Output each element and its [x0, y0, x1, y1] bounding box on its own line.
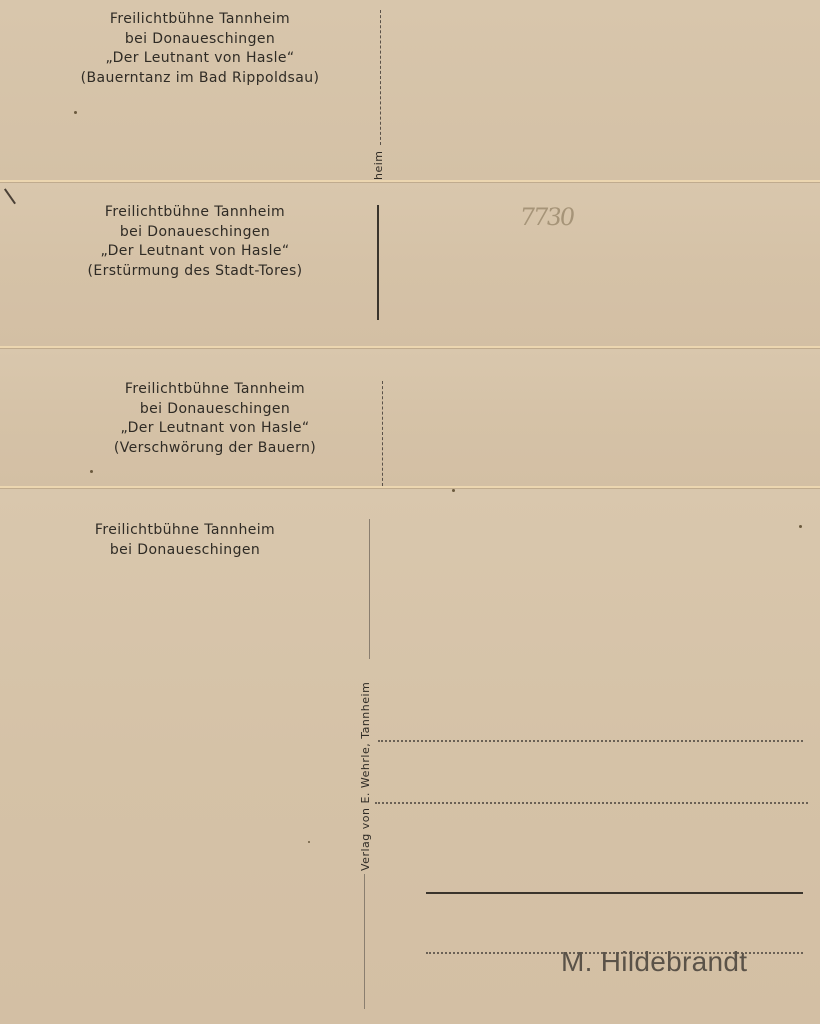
- divider-line: [377, 205, 379, 320]
- caption-line: bei Donaueschingen: [60, 541, 310, 561]
- caption-line: bei Donaueschingen: [55, 30, 345, 50]
- caption-line: (Erstürmung des Stadt-Tores): [50, 262, 340, 282]
- scratch-mark: [4, 188, 16, 204]
- divider-line: [382, 381, 383, 486]
- speck: [74, 111, 77, 114]
- caption-line: Freilichtbühne Tannheim: [70, 380, 360, 400]
- speck: [799, 525, 802, 528]
- postcard-4: Freilichtbühne Tannheim bei Donauesching…: [0, 489, 820, 1024]
- caption-line: Freilichtbühne Tannheim: [60, 521, 310, 541]
- caption-line: Freilichtbühne Tannheim: [55, 10, 345, 30]
- divider-line: [369, 519, 370, 659]
- caption-line: bei Donaueschingen: [70, 400, 360, 420]
- postcard-3: Freilichtbühne Tannheim bei Donauesching…: [0, 349, 820, 488]
- card-caption: Freilichtbühne Tannheim bei Donauesching…: [50, 203, 340, 281]
- caption-line: „Der Leutnant von Hasle“: [50, 242, 340, 262]
- caption-line: „Der Leutnant von Hasle“: [55, 49, 345, 69]
- speck: [90, 470, 93, 473]
- caption-line: Freilichtbühne Tannheim: [50, 203, 340, 223]
- address-line: [378, 740, 803, 742]
- postcard-1: Freilichtbühne Tannheim bei Donauesching…: [0, 0, 820, 182]
- postcard-2: Freilichtbühne Tannheim bei Donauesching…: [0, 183, 820, 348]
- card-caption: Freilichtbühne Tannheim bei Donauesching…: [70, 380, 360, 458]
- publisher-imprint: Verlag von E. Wehrle, Tannheim: [359, 682, 372, 871]
- pencil-note: 7730: [518, 203, 575, 231]
- caption-line: (Bauerntanz im Bad Rippoldsau): [55, 69, 345, 89]
- speck: [308, 841, 310, 843]
- card-caption: Freilichtbühne Tannheim bei Donauesching…: [60, 521, 310, 560]
- address-line: [375, 802, 808, 804]
- publisher-fragment: heim: [372, 150, 385, 180]
- address-line: [426, 892, 803, 894]
- caption-line: „Der Leutnant von Hasle“: [70, 419, 360, 439]
- divider-line: [364, 874, 365, 1009]
- divider-line: [380, 10, 381, 145]
- watermark: M. Hildebrandt: [561, 946, 747, 978]
- caption-line: (Verschwörung der Bauern): [70, 439, 360, 459]
- card-caption: Freilichtbühne Tannheim bei Donauesching…: [55, 10, 345, 88]
- speck: [452, 489, 455, 492]
- caption-line: bei Donaueschingen: [50, 223, 340, 243]
